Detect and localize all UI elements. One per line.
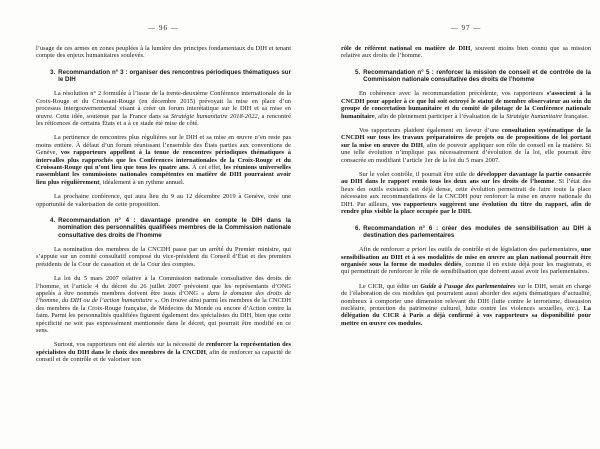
text-run: Sur le volet contrôle, il pourrait être … <box>359 171 477 178</box>
page-number: — 96 — <box>36 24 291 32</box>
text-run: Recommandation n° 6 : créer des modules … <box>363 225 591 239</box>
paragraph: La résolution n° 2 formulée à l’issue de… <box>36 90 291 127</box>
text-run: Vos rapporteurs plaident également en fa… <box>359 127 502 134</box>
document-spread: — 96 —l’usage de ces armes en zones peup… <box>0 0 600 449</box>
heading-number: 4. <box>50 217 55 239</box>
text-run: rôle de référent national en matière de … <box>341 45 470 52</box>
text-run: Afin de renforcer <box>359 246 406 253</box>
text-run: Le CICR, qui édite un <box>359 283 420 290</box>
heading-text: Recommandation n° 6 : créer des modules … <box>363 225 591 240</box>
heading-number: 6. <box>355 225 360 240</box>
text-run: Guide à l’usage des parlementaires <box>420 283 515 290</box>
text-run: Stratégie humanitaire 2018-2022 <box>171 113 258 120</box>
text-run: En cohérence avec la recommandation préc… <box>359 90 547 97</box>
recommendation-heading: 6.Recommandation n° 6 : créer des module… <box>355 225 591 240</box>
paragraph: Le CICR, qui édite un Guide à l’usage de… <box>341 283 591 327</box>
paragraph: Vos rapporteurs plaident également en fa… <box>341 127 591 164</box>
page-96: — 96 —l’usage de ces armes en zones peup… <box>0 0 300 449</box>
text-run: Recommandation n° 5 : renforcer la missi… <box>363 69 591 83</box>
recommendation-heading: 3.Recommandation n° 3 : organiser des re… <box>50 69 291 84</box>
text-run: La nomination des membres de la CNCDH pa… <box>36 246 291 268</box>
paragraph: En cohérence avec la recommandation préc… <box>341 90 591 120</box>
text-run: etc. <box>567 305 576 312</box>
page-97: — 97 —rôle de référent national en matiè… <box>300 0 600 449</box>
text-run: , idéalement à un rythme annuel. <box>99 179 184 186</box>
text-run: l’usage de ces armes en zones peuplées à… <box>36 45 291 59</box>
heading-number: 5. <box>355 69 360 84</box>
heading-text: Recommandation n° 3 : organiser des renc… <box>58 69 291 84</box>
paragraph: La prochaine conférence, qui aura lieu d… <box>36 193 291 208</box>
paragraph: La loi du 5 mars 2007 relative à la Comm… <box>36 275 291 334</box>
text-run: Recommandation n° 4 : davantage prendre … <box>58 217 291 239</box>
text-run: a priori <box>406 246 426 253</box>
text-run: Surtout, vos rapporteurs ont été alertés… <box>54 341 206 348</box>
text-run: La prochaine conférence, qui aura lieu d… <box>36 193 291 207</box>
paragraph: Surtout, vos rapporteurs ont été alertés… <box>36 341 291 363</box>
page-number: — 97 — <box>341 24 591 32</box>
paragraph: La pertinence de rencontres plus réguliè… <box>36 134 291 186</box>
paragraph: rôle de référent national en matière de … <box>341 45 591 60</box>
recommendation-heading: 4.Recommandation n° 4 : davantage prendr… <box>50 217 291 239</box>
text-run: française. <box>562 113 589 120</box>
paragraph: Afin de renforcer a priori les outils de… <box>341 246 591 276</box>
text-run: Recommandation n° 3 : organiser des renc… <box>58 69 291 83</box>
paragraph: l’usage de ces armes en zones peuplées à… <box>36 45 291 60</box>
heading-text: Recommandation n° 5 : renforcer la missi… <box>363 69 591 84</box>
paragraph: La nomination des membres de la CNCDH pa… <box>36 246 291 268</box>
heading-text: Recommandation n° 4 : davantage prendre … <box>58 217 291 239</box>
text-run: les outils de contrôle et de législation… <box>427 246 581 253</box>
text-run: Stratégie humanitaire <box>506 113 562 120</box>
text-run: , afin de pleinement participer à l’éval… <box>375 113 507 120</box>
text-run: À cet effet, <box>190 164 224 171</box>
recommendation-heading: 5.Recommandation n° 5 : renforcer la mis… <box>355 69 591 84</box>
paragraph: Sur le volet contrôle, il pourrait être … <box>341 171 591 215</box>
heading-number: 3. <box>50 69 55 84</box>
text-run: ). <box>576 305 583 312</box>
